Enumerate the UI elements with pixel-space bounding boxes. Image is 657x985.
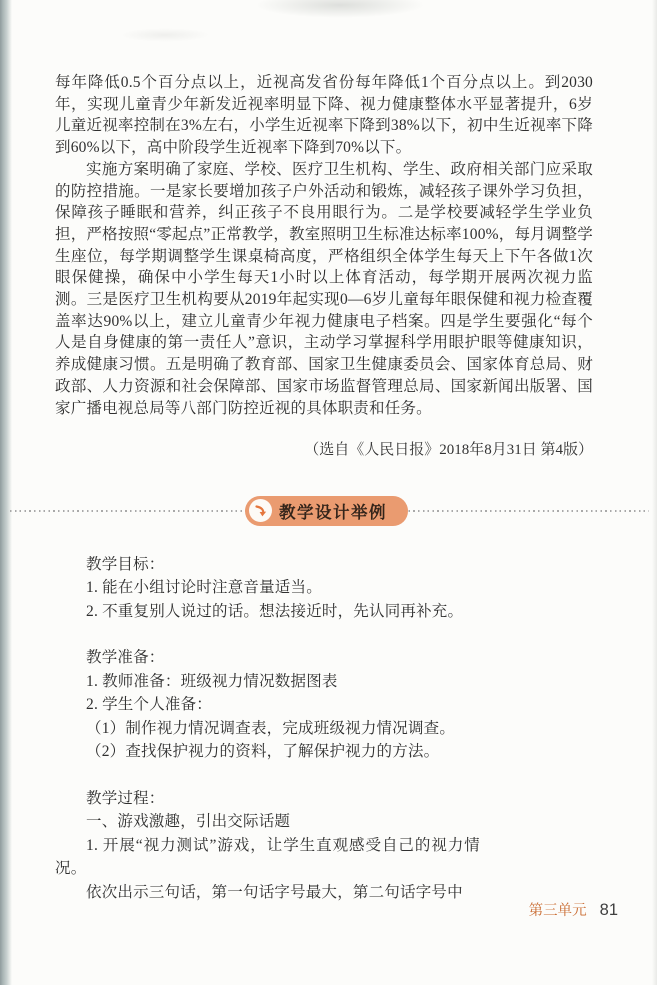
goals-heading: 教学目标： bbox=[55, 553, 593, 577]
page-number: 81 bbox=[600, 901, 618, 920]
badge-pill: 教学设计举例 bbox=[245, 496, 408, 526]
lesson-plan-section: 教学目标： 1. 能在小组讨论时注意音量适当。 2. 不重复别人说过的话。想法接… bbox=[55, 553, 593, 905]
preparation-item: （2）查找保护视力的资料，了解保护视力的方法。 bbox=[55, 740, 593, 764]
process-item: 一、游戏激趣，引出交际话题 bbox=[55, 810, 593, 834]
article-paragraph-continuation: 每年降低0.5个百分点以上，近视高发省份每年降低1个百分点以上。到2030年，实… bbox=[55, 72, 593, 159]
unit-label: 第三单元 bbox=[529, 899, 587, 920]
section-divider: 教学设计举例 bbox=[55, 496, 593, 526]
goals-item: 1. 能在小组讨论时注意音量适当。 bbox=[55, 576, 593, 600]
page-content: 每年降低0.5个百分点以上，近视高发省份每年降低1个百分点以上。到2030年，实… bbox=[55, 72, 593, 904]
article-paragraph-measures: 实施方案明确了家庭、学校、医疗卫生机构、学生、政府相关部门应采取的防控措施。一是… bbox=[55, 159, 593, 419]
curved-down-arrow-icon bbox=[249, 499, 272, 522]
scan-smudge bbox=[120, 28, 210, 42]
preparation-item: 2. 学生个人准备： bbox=[55, 693, 593, 717]
process-item: 依次出示三句话，第一句话字号最大，第二句话字号中 bbox=[55, 881, 593, 905]
page-binding-edge bbox=[0, 0, 12, 985]
preparation-item: 1. 教师准备：班级视力情况数据图表 bbox=[55, 670, 593, 694]
goals-item: 2. 不重复别人说过的话。想法接近时，先认同再补充。 bbox=[55, 600, 593, 624]
scan-smudge bbox=[255, 0, 425, 18]
preparation-item: （1）制作视力情况调查表，完成班级视力情况调查。 bbox=[55, 717, 593, 741]
process-item: 1. 开展“视力测试”游戏，让学生直观感受自己的视力情况。 bbox=[55, 834, 480, 881]
process-heading: 教学过程： bbox=[55, 787, 593, 811]
preparation-heading: 教学准备： bbox=[55, 646, 593, 670]
badge-label: 教学设计举例 bbox=[279, 499, 387, 523]
source-citation: （选自《人民日报》2018年8月31日 第4版） bbox=[55, 440, 593, 462]
page-footer: 第三单元 81 bbox=[529, 899, 618, 920]
page-right-edge bbox=[652, 0, 657, 985]
book-page: 每年降低0.5个百分点以上，近视高发省份每年降低1个百分点以上。到2030年，实… bbox=[0, 0, 657, 985]
